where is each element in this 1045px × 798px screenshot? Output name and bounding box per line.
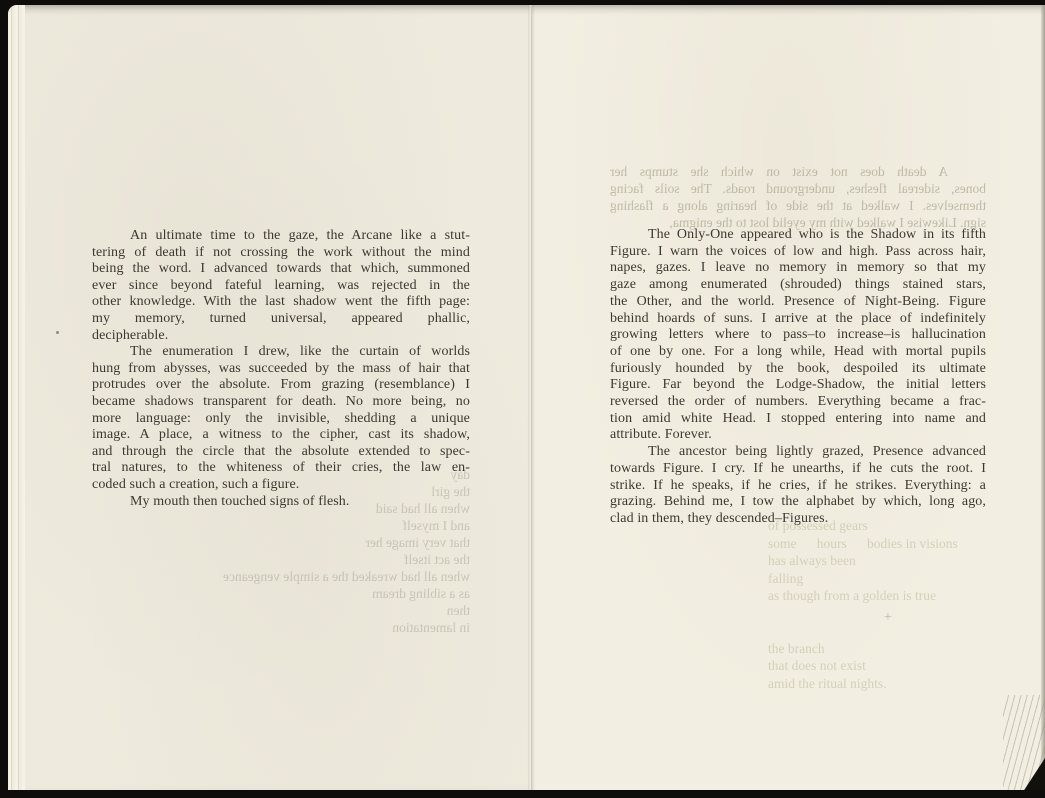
text-line: protrudes over the absolute. From grazin… xyxy=(92,377,470,394)
text-line: became shadows transparent for death. No… xyxy=(92,394,470,411)
bleedthrough-line: falling xyxy=(768,570,998,588)
paragraph: An ultimate time to the gaze, the Arcane… xyxy=(92,228,470,344)
page-edge-stack-left xyxy=(8,5,25,790)
text-line: of one by one. For a long while, Head wi… xyxy=(610,344,986,361)
bleedthrough-line: that very image her xyxy=(210,534,470,551)
bleedthrough-line: as a sibling dream xyxy=(210,585,470,602)
text-line: coded such a creation, such a figure. xyxy=(92,477,470,494)
right-page-text: The Only-One appeared who is the Shadow … xyxy=(610,227,986,528)
left-page-text: An ultimate time to the gaze, the Arcane… xyxy=(92,228,470,510)
text-line: tion amid white Head. I stopped entering… xyxy=(610,411,986,428)
text-line: napes, gazes. I leave no memory in memor… xyxy=(610,260,986,277)
text-line: A death does not exist on which she stum… xyxy=(610,163,986,180)
text-line: being the word. I advanced towards that … xyxy=(92,261,470,278)
text-line: bones, sidereal fleshes, underground roa… xyxy=(610,180,986,197)
text-line: ever since beyond fateful learning, was … xyxy=(92,278,470,295)
paragraph: The enumeration I drew, like the curtain… xyxy=(92,344,470,493)
paragraph: The ancestor being lightly grazed, Prese… xyxy=(610,444,986,528)
gutter-crease-line xyxy=(531,5,532,790)
text-line: and through the circle that the absolute… xyxy=(92,444,470,461)
right-page-bleedthrough-bottom: of possessed gearssome hours bodies in v… xyxy=(768,517,998,692)
paragraph: A death does not exist on which she stum… xyxy=(610,163,986,231)
text-line: towards Figure. I cry. If he unearths, i… xyxy=(610,461,986,478)
bleedthrough-line: that does not exist xyxy=(768,657,998,675)
bleedthrough-separator-mark: + xyxy=(884,610,892,626)
bleedthrough-line xyxy=(768,622,998,640)
text-line: other knowledge. With the last shadow we… xyxy=(92,294,470,311)
bleedthrough-line xyxy=(768,605,998,623)
bleedthrough-line: the branch xyxy=(768,640,998,658)
text-line: tering of death if not crossing the work… xyxy=(92,245,470,262)
text-line: My mouth then touched signs of flesh. xyxy=(92,494,470,511)
bleedthrough-line: the act itself xyxy=(210,551,470,568)
text-line: furiously hounded by the book, despoiled… xyxy=(610,361,986,378)
text-line: strike. If he speaks, if he cries, if he… xyxy=(610,478,986,495)
text-line: my memory, turned universal, appeared ph… xyxy=(92,311,470,328)
bleedthrough-line: as though from a golden is true xyxy=(768,587,998,605)
text-line: more language: only the invisible, shedd… xyxy=(92,411,470,428)
bleedthrough-line: amid the ritual nights. xyxy=(768,675,998,693)
bleedthrough-line: in lamentation xyxy=(210,619,470,636)
text-line: attribute. Forever. xyxy=(610,427,986,444)
paragraph: The Only-One appeared who is the Shadow … xyxy=(610,227,986,444)
bleedthrough-line: when all had wreaked the a simple vengea… xyxy=(210,568,470,585)
bleedthrough-line: then xyxy=(210,602,470,619)
right-page-bleedthrough-top: A death does not exist on which she stum… xyxy=(610,163,986,231)
text-line: themselves. I walked at the side of hear… xyxy=(610,197,986,214)
text-line: behind hoards of suns. I arrive at the p… xyxy=(610,311,986,328)
text-line: reversed the order of numbers. Everythin… xyxy=(610,394,986,411)
bleedthrough-line: some hours bodies in visions xyxy=(768,535,998,553)
text-line: hung from abysses, was succeeded by the … xyxy=(92,361,470,378)
paragraph: My mouth then touched signs of flesh. xyxy=(92,494,470,511)
text-line: growing letters where to pass–to increas… xyxy=(610,327,986,344)
text-line: image. A place, a witness to the cipher,… xyxy=(92,427,470,444)
bleedthrough-line: and I myself xyxy=(210,517,470,534)
open-book-scan: daythe girlwhen all had saidand I myself… xyxy=(0,0,1045,798)
scan-background-top xyxy=(0,0,1045,5)
page-edge-right xyxy=(1041,5,1045,790)
scan-background-left xyxy=(0,0,8,798)
text-line: The ancestor being lightly grazed, Prese… xyxy=(610,444,986,461)
text-line: tral natures, to the whiteness of their … xyxy=(92,460,470,477)
bleedthrough-line: has always been xyxy=(768,552,998,570)
scan-background-bottom xyxy=(0,790,1045,798)
text-line: gaze among enumerated (shrouded) things … xyxy=(610,277,986,294)
text-line: grazing. Behind me, I tow the alphabet b… xyxy=(610,494,986,511)
text-line: the Other, and the world. Presence of Ni… xyxy=(610,294,986,311)
text-line: Figure. I warn the voices of low and hig… xyxy=(610,244,986,261)
bleedthrough-line: of possessed gears xyxy=(768,517,998,535)
paper-speck xyxy=(56,331,59,334)
text-line: The enumeration I drew, like the curtain… xyxy=(92,344,470,361)
text-line: Figure. Far beyond the Lodge-Shadow, the… xyxy=(610,377,986,394)
text-line: The Only-One appeared who is the Shadow … xyxy=(610,227,986,244)
text-line: decipherable. xyxy=(92,328,470,345)
text-line: An ultimate time to the gaze, the Arcane… xyxy=(92,228,470,245)
